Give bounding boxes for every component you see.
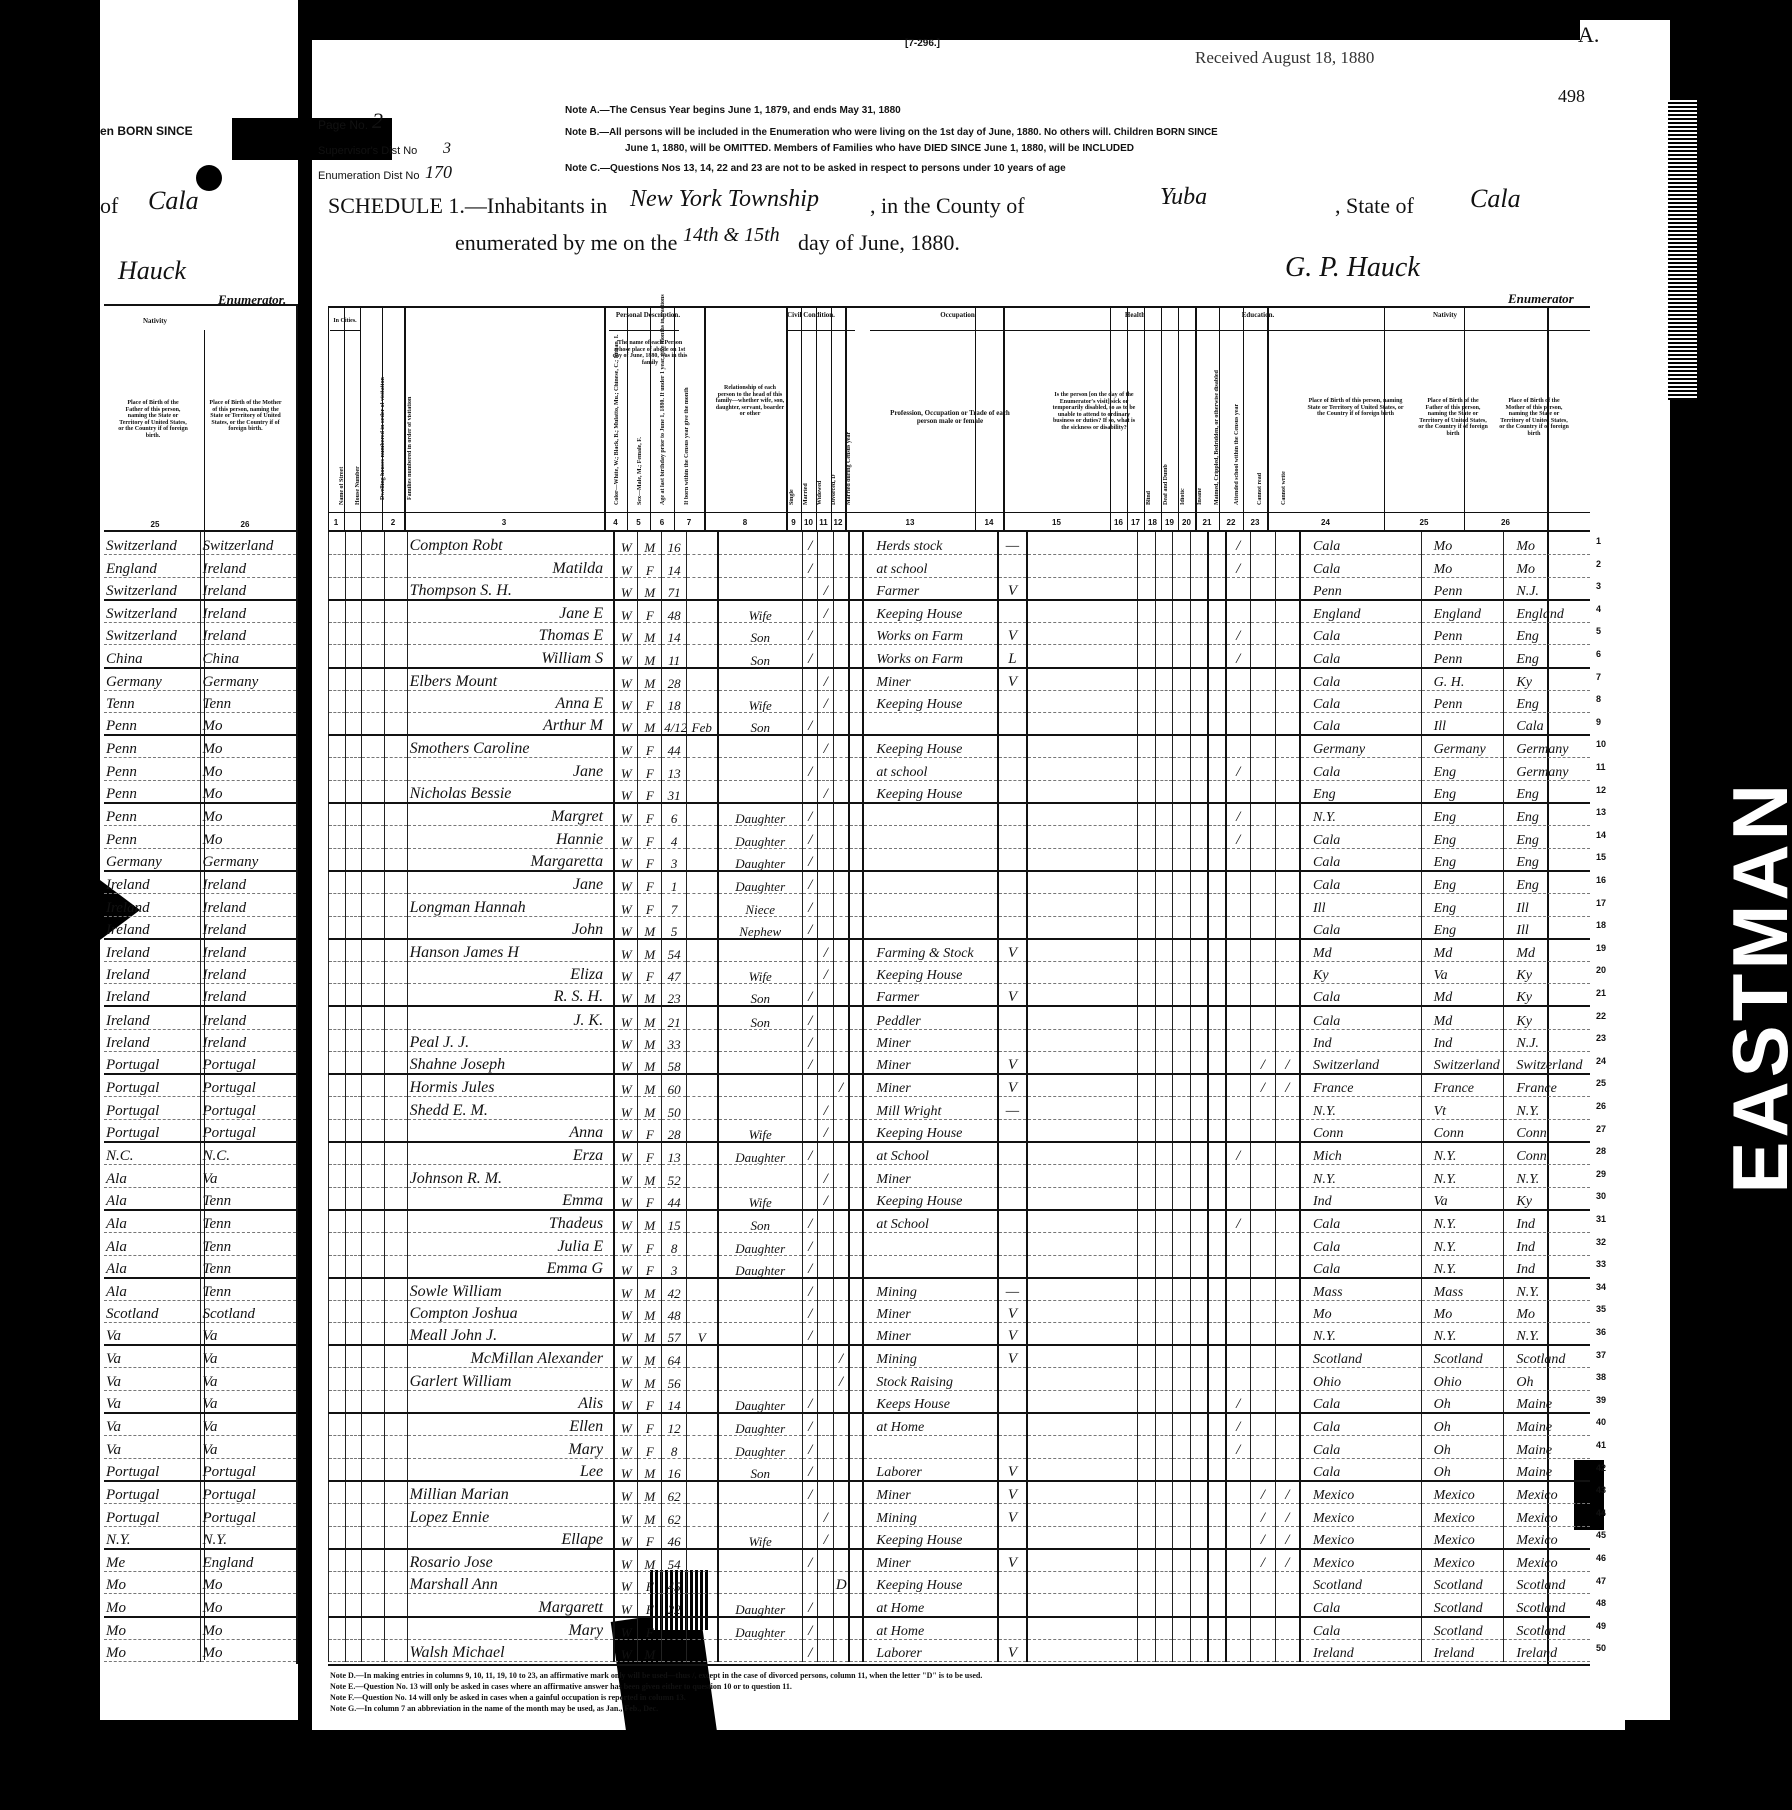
cell-father-birthplace: N.Y.	[1421, 1142, 1504, 1165]
cell-family	[384, 1413, 407, 1436]
cell-married	[818, 1006, 834, 1029]
cell-deaf	[1155, 1617, 1173, 1640]
cell-street	[329, 1323, 346, 1346]
cell-birthplace: Cala	[1300, 1006, 1421, 1029]
cell-idiotic	[1173, 622, 1191, 645]
cell-deaf	[1155, 984, 1173, 1007]
cell-deaf	[1155, 1165, 1173, 1188]
cell-mother-birthplace: Tenn	[200, 1255, 296, 1278]
table-row: Peal J. J.WM33/MinerIndIndN.J.	[329, 1029, 1591, 1052]
cell-deaf	[1155, 645, 1173, 668]
cell-name: Shedd E. M.	[407, 1097, 614, 1120]
line-number: 40	[1596, 1417, 1606, 1427]
cell-house	[345, 690, 362, 713]
cell-cannot-write	[1275, 713, 1300, 736]
cell-deaf	[1155, 1097, 1173, 1120]
cell-mother-birthplace: Portugal	[200, 1481, 296, 1504]
header-health: Is the person [on the day of the Enumera…	[1050, 392, 1138, 432]
cell-relationship: Wife	[718, 1187, 803, 1210]
cell-age: 60	[662, 1074, 687, 1097]
cell-idiotic	[1173, 758, 1191, 781]
cell-mother-birthplace: Mexico	[1504, 1504, 1590, 1527]
cell-father-birthplace: Switzerland	[104, 600, 200, 623]
cell-street	[329, 1458, 346, 1481]
cell-health	[1027, 894, 1138, 917]
cell-cannot-read	[1250, 961, 1275, 984]
table-row: ThadeusWM15Son/at School/CalaN.Y.Ind	[329, 1210, 1591, 1233]
cell-mother-birthplace: Ireland	[200, 871, 296, 894]
cell-married	[818, 1278, 834, 1301]
cell-name: Anna E	[407, 690, 614, 713]
cell-mother-birthplace: Ind	[1504, 1210, 1590, 1233]
header-column-rule	[1384, 308, 1385, 532]
cell-father-birthplace: Eng	[1421, 803, 1504, 826]
cell-age: 6	[662, 803, 687, 826]
cell-maimed	[1208, 1571, 1226, 1594]
cell-occupation: at school	[863, 758, 998, 781]
cell-blind	[1138, 1210, 1156, 1233]
cell-name: William S	[407, 645, 614, 668]
cell-blind	[1138, 803, 1156, 826]
cell-blind	[1138, 1391, 1156, 1414]
cell-unemployed: V	[998, 984, 1027, 1007]
cell-cannot-read	[1250, 781, 1275, 804]
cell-birthplace: Ind	[1300, 1187, 1421, 1210]
cell-street	[329, 1029, 346, 1052]
line-number: 32	[1596, 1237, 1606, 1247]
cell-color: W	[614, 1142, 638, 1165]
cell-insane	[1190, 1074, 1208, 1097]
cell-blind	[1138, 1300, 1156, 1323]
cell-color: W	[614, 555, 638, 578]
cell-street	[329, 1187, 346, 1210]
cell-age: 16	[662, 1458, 687, 1481]
cell-name: Millian Marian	[407, 1481, 614, 1504]
cell-mother-birthplace: Mo	[200, 713, 296, 736]
cell-age: 18	[662, 690, 687, 713]
cell-birthplace: Cala	[1300, 1232, 1421, 1255]
cell-school	[1226, 1526, 1251, 1549]
cell-relationship	[718, 1504, 803, 1527]
cell-deaf	[1155, 916, 1173, 939]
cell-name: Emma G	[407, 1255, 614, 1278]
cell-cannot-write	[1275, 1345, 1300, 1368]
cell-single	[802, 1526, 818, 1549]
cell-cannot-write	[1275, 645, 1300, 668]
cell-school	[1226, 1278, 1251, 1301]
cell-name: Arthur M	[407, 713, 614, 736]
county-value: Yuba	[1160, 184, 1207, 211]
cell-color: W	[614, 622, 638, 645]
cell-relationship	[718, 1097, 803, 1120]
left-table-row: PortugalPortugal	[104, 1052, 296, 1075]
cell-deaf	[1155, 690, 1173, 713]
cell-father-birthplace: Switzerland	[1421, 1052, 1504, 1075]
cell-insane	[1190, 1052, 1208, 1075]
cell-insane	[1190, 939, 1208, 962]
table-row: McMillan AlexanderWM64/MiningVScotlandSc…	[329, 1345, 1591, 1368]
cell-insane	[1190, 848, 1208, 871]
cell-idiotic	[1173, 984, 1191, 1007]
cell-health	[1027, 668, 1138, 691]
cell-insane	[1190, 1210, 1208, 1233]
cell-cannot-read	[1250, 1142, 1275, 1165]
cell-dwelling	[362, 1391, 385, 1414]
cell-widowed	[833, 1142, 849, 1165]
cell-single	[802, 1097, 818, 1120]
cell-street	[329, 871, 346, 894]
cell-name: Hormis Jules	[407, 1074, 614, 1097]
cell-cannot-write	[1275, 1232, 1300, 1255]
cell-age: 16	[662, 532, 687, 555]
cell-maimed	[1208, 1639, 1226, 1662]
cell-idiotic	[1173, 645, 1191, 668]
table-row: Shahne JosephWM58/MinerV//SwitzerlandSwi…	[329, 1052, 1591, 1075]
cell-relationship: Daughter	[718, 1232, 803, 1255]
cell-street	[329, 577, 346, 600]
cell-house	[345, 1119, 362, 1142]
left-table-row: PennMo	[104, 803, 296, 826]
table-row: Millian MarianWM62/MinerV//MexicoMexicoM…	[329, 1481, 1591, 1504]
cell-father-birthplace: N.Y.	[1421, 1165, 1504, 1188]
cell-mother-birthplace: Eng	[1504, 826, 1590, 849]
cell-sex: F	[638, 1232, 662, 1255]
cell-dwelling	[362, 781, 385, 804]
cell-school	[1226, 1097, 1251, 1120]
cell-father-birthplace: Eng	[1421, 894, 1504, 917]
cell-color: W	[614, 1232, 638, 1255]
left-table-row: AlaTenn	[104, 1232, 296, 1255]
cell-street	[329, 1526, 346, 1549]
cell-unemployed	[998, 1187, 1027, 1210]
cell-father-birthplace: Oh	[1421, 1391, 1504, 1414]
cell-birthplace: Mexico	[1300, 1526, 1421, 1549]
left-table-row: VaVa	[104, 1436, 296, 1459]
header-sex: Sex—Male, M.; Female, F.	[637, 380, 643, 505]
cell-widowed	[833, 1165, 849, 1188]
cell-family	[384, 1300, 407, 1323]
left-table-row: PortugalPortugal	[104, 1074, 296, 1097]
cell-relationship: Daughter	[718, 803, 803, 826]
line-number: 14	[1596, 830, 1606, 840]
cell-married-year	[849, 600, 863, 623]
cell-health	[1027, 1481, 1138, 1504]
cell-single: /	[802, 1232, 818, 1255]
cell-blind	[1138, 1323, 1156, 1346]
cell-married-year	[849, 1300, 863, 1323]
cell-cannot-read	[1250, 1006, 1275, 1029]
left-table-row: VaVa	[104, 1368, 296, 1391]
header-top-rule	[328, 306, 1590, 308]
cell-widowed	[833, 1639, 849, 1662]
column-number: 1	[328, 518, 344, 527]
cell-age: 48	[662, 1300, 687, 1323]
cell-blind	[1138, 1481, 1156, 1504]
cell-maimed	[1208, 645, 1226, 668]
cell-house	[345, 1594, 362, 1617]
left-table-row: PortugalPortugal	[104, 1481, 296, 1504]
cell-father-birthplace: Mexico	[1421, 1526, 1504, 1549]
cell-cannot-write	[1275, 1639, 1300, 1662]
cell-occupation: Miner	[863, 1029, 998, 1052]
cell-birthplace: Scotland	[1300, 1345, 1421, 1368]
left-header-rule	[104, 304, 298, 306]
cell-occupation: Farmer	[863, 984, 998, 1007]
cell-widowed	[833, 577, 849, 600]
cell-family	[384, 939, 407, 962]
cell-unemployed	[998, 1232, 1027, 1255]
cell-dwelling	[362, 1052, 385, 1075]
cell-unemployed: V	[998, 1549, 1027, 1572]
page-stamp: 498	[1558, 86, 1585, 107]
cell-father-birthplace: Ireland	[104, 1029, 200, 1052]
table-row: Compton RobtWM16/Herds stock—/CalaMoMo	[329, 532, 1591, 555]
cell-single	[802, 939, 818, 962]
cell-idiotic	[1173, 1006, 1191, 1029]
cell-birthplace: Ohio	[1300, 1368, 1421, 1391]
cell-family	[384, 713, 407, 736]
table-row: AlisWF14Daughter/Keeps House/CalaOhMaine	[329, 1391, 1591, 1414]
cell-color: W	[614, 961, 638, 984]
cell-cannot-write	[1275, 916, 1300, 939]
cell-color: W	[614, 1074, 638, 1097]
cell-color: W	[614, 1255, 638, 1278]
cell-sex: F	[638, 803, 662, 826]
cell-maimed	[1208, 781, 1226, 804]
cell-mother-birthplace: Ireland	[200, 600, 296, 623]
cell-mother-birthplace: Mexico	[1504, 1526, 1590, 1549]
cell-house	[345, 758, 362, 781]
line-number: 50	[1596, 1643, 1606, 1653]
cell-house	[345, 1232, 362, 1255]
cell-family	[384, 690, 407, 713]
cell-father-birthplace: Va	[104, 1323, 200, 1346]
cell-birth-month	[687, 1210, 718, 1233]
cell-insane	[1190, 1255, 1208, 1278]
cell-health	[1027, 555, 1138, 578]
cell-single	[802, 600, 818, 623]
cell-insane	[1190, 577, 1208, 600]
cell-father-birthplace: Ill	[1421, 713, 1504, 736]
cell-deaf	[1155, 735, 1173, 758]
column-number: 25	[1384, 518, 1464, 527]
cell-cannot-write: /	[1275, 1504, 1300, 1527]
cell-widowed	[833, 916, 849, 939]
column-number: 4	[604, 518, 627, 527]
cell-color: W	[614, 758, 638, 781]
cell-married-year	[849, 1142, 863, 1165]
cell-birthplace: Md	[1300, 939, 1421, 962]
cell-birth-month	[687, 758, 718, 781]
cell-house	[345, 1436, 362, 1459]
column-number: 2	[382, 518, 404, 527]
cell-house	[345, 1052, 362, 1075]
cell-relationship: Daughter	[718, 1617, 803, 1640]
cell-maimed	[1208, 1368, 1226, 1391]
column-number: 19	[1161, 518, 1178, 527]
cell-relationship	[718, 1165, 803, 1188]
cell-name: Elbers Mount	[407, 668, 614, 691]
cell-mother-birthplace: Ireland	[200, 984, 296, 1007]
cell-family	[384, 848, 407, 871]
cell-maimed	[1208, 1255, 1226, 1278]
cell-cannot-write	[1275, 555, 1300, 578]
cell-unemployed: V	[998, 1639, 1027, 1662]
cell-mother-birthplace: England	[200, 1549, 296, 1572]
cell-father-birthplace: Oh	[1421, 1436, 1504, 1459]
cell-birthplace: Mexico	[1300, 1504, 1421, 1527]
table-row: EmmaWF44Wife/Keeping HouseIndVaKy	[329, 1187, 1591, 1210]
cell-occupation: Keeping House	[863, 735, 998, 758]
cell-sex: M	[638, 1481, 662, 1504]
cell-name: Thadeus	[407, 1210, 614, 1233]
cell-birthplace: Switzerland	[1300, 1052, 1421, 1075]
cell-family	[384, 984, 407, 1007]
cell-color: W	[614, 894, 638, 917]
header-insane: Insane	[1197, 460, 1203, 505]
cell-birth-month	[687, 1413, 718, 1436]
cell-health	[1027, 1300, 1138, 1323]
cell-dwelling	[362, 1300, 385, 1323]
cell-married-year	[849, 1413, 863, 1436]
cell-birthplace: Cala	[1300, 690, 1421, 713]
header-column-rule	[674, 308, 675, 532]
cell-birth-month	[687, 848, 718, 871]
cell-age: 3	[662, 1255, 687, 1278]
left-table-row: IrelandIreland	[104, 939, 296, 962]
column-number: 24	[1267, 518, 1384, 527]
cell-cannot-read	[1250, 1029, 1275, 1052]
cell-unemployed	[998, 1594, 1027, 1617]
group-education: Education.	[1228, 312, 1288, 320]
cell-sex: F	[638, 1526, 662, 1549]
cell-school: /	[1226, 645, 1251, 668]
cell-house	[345, 1391, 362, 1414]
cell-married: /	[818, 577, 834, 600]
cell-mother-birthplace: Mo	[1504, 1300, 1590, 1323]
left-table-row: PennMo	[104, 781, 296, 804]
cell-birth-month	[687, 1368, 718, 1391]
cell-idiotic	[1173, 1278, 1191, 1301]
cell-color: W	[614, 1187, 638, 1210]
cell-street	[329, 735, 346, 758]
cell-dwelling	[362, 1594, 385, 1617]
cell-relationship: Daughter	[718, 1255, 803, 1278]
cell-health	[1027, 1571, 1138, 1594]
cell-street	[329, 1481, 346, 1504]
cell-father-birthplace: Va	[104, 1436, 200, 1459]
cell-father-birthplace: N.Y.	[1421, 1210, 1504, 1233]
cell-mother-birthplace: Va	[200, 1413, 296, 1436]
cell-cannot-write: /	[1275, 1526, 1300, 1549]
cell-idiotic	[1173, 1210, 1191, 1233]
cell-house	[345, 916, 362, 939]
cell-school	[1226, 1165, 1251, 1188]
cell-age: 33	[662, 1029, 687, 1052]
line-number: 10	[1596, 739, 1606, 749]
cell-relationship	[718, 577, 803, 600]
cell-dwelling	[362, 939, 385, 962]
cell-married	[818, 555, 834, 578]
cell-deaf	[1155, 1006, 1173, 1029]
cell-occupation: Keeping House	[863, 781, 998, 804]
left-table-row: IrelandIreland	[104, 961, 296, 984]
cell-mother-birthplace: Ireland	[200, 961, 296, 984]
cell-married	[818, 1368, 834, 1391]
cell-married: /	[818, 735, 834, 758]
cell-health	[1027, 916, 1138, 939]
cell-mother-birthplace: Mo	[1504, 532, 1590, 555]
cell-name: Compton Robt	[407, 532, 614, 555]
cell-unemployed: V	[998, 577, 1027, 600]
cell-deaf	[1155, 1458, 1173, 1481]
cell-dwelling	[362, 1029, 385, 1052]
cell-blind	[1138, 532, 1156, 555]
cell-insane	[1190, 1436, 1208, 1459]
cell-father-birthplace: Switzerland	[104, 622, 200, 645]
cell-father-birthplace: Va	[1421, 961, 1504, 984]
cell-father-birthplace: Scotland	[1421, 1594, 1504, 1617]
cell-street	[329, 1074, 346, 1097]
cell-age: 15	[662, 1210, 687, 1233]
cell-single	[802, 735, 818, 758]
cell-health	[1027, 1029, 1138, 1052]
cell-widowed	[833, 690, 849, 713]
cell-birthplace: Mexico	[1300, 1549, 1421, 1572]
line-number: 30	[1596, 1191, 1606, 1201]
cell-mother-birthplace: Germany	[1504, 735, 1590, 758]
cell-cannot-write	[1275, 984, 1300, 1007]
cell-married-year	[849, 668, 863, 691]
cell-unemployed: —	[998, 532, 1027, 555]
cell-mother-birthplace: Mo	[200, 1594, 296, 1617]
cell-sex: F	[638, 781, 662, 804]
cell-maimed	[1208, 1413, 1226, 1436]
cell-blind	[1138, 668, 1156, 691]
cell-name: Meall John J.	[407, 1323, 614, 1346]
cell-relationship	[718, 781, 803, 804]
cell-single	[802, 1119, 818, 1142]
cell-maimed	[1208, 1165, 1226, 1188]
cell-age: 62	[662, 1504, 687, 1527]
left-col26-num: 26	[230, 520, 260, 529]
cell-street	[329, 1278, 346, 1301]
cell-color: W	[614, 668, 638, 691]
cell-cannot-write	[1275, 961, 1300, 984]
cell-relationship: Wife	[718, 690, 803, 713]
cell-maimed	[1208, 555, 1226, 578]
header-column-rule	[1110, 308, 1111, 532]
cell-mother-birthplace: Ireland	[200, 894, 296, 917]
cell-name: Margaretta	[407, 848, 614, 871]
cell-unemployed	[998, 758, 1027, 781]
cell-blind	[1138, 622, 1156, 645]
cell-cannot-read	[1250, 1436, 1275, 1459]
cell-unemployed	[998, 1142, 1027, 1165]
cell-birth-month	[687, 939, 718, 962]
cell-insane	[1190, 1187, 1208, 1210]
cell-age: 8	[662, 1232, 687, 1255]
cell-occupation: Farming & Stock	[863, 939, 998, 962]
cell-married-year	[849, 1526, 863, 1549]
cell-mother-birthplace: England	[1504, 600, 1590, 623]
cell-single: /	[802, 1300, 818, 1323]
cell-father-birthplace: Me	[104, 1549, 200, 1572]
column-number: 3	[404, 518, 604, 527]
cell-widowed	[833, 961, 849, 984]
cell-family	[384, 1165, 407, 1188]
cell-street	[329, 555, 346, 578]
